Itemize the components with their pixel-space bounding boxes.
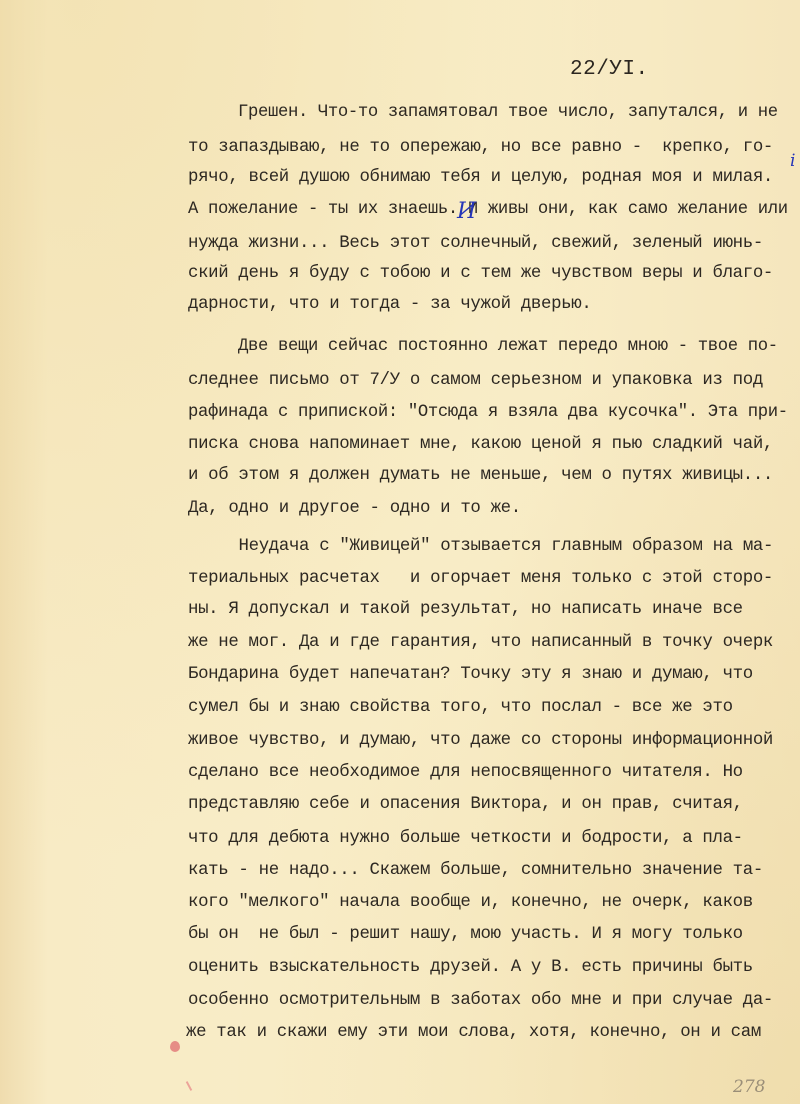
- letter-date: 22/УI.: [570, 58, 649, 81]
- typed-line: кать - не надо... Скажем больше, сомните…: [188, 861, 763, 880]
- typed-line: кого "мелкого" начала вообще и, конечно,…: [188, 893, 753, 912]
- typed-line: и об этом я должен думать не меньше, чем…: [188, 466, 773, 485]
- archive-page-number: 278: [733, 1077, 765, 1097]
- typed-line: А пожелание - ты их знаешь. И живы они, …: [188, 200, 788, 219]
- typed-line: что для дебюта нужно больше четкости и б…: [188, 829, 743, 848]
- typed-line: рафинада с припиской: "Отсюда я взяла дв…: [188, 403, 788, 422]
- typed-line: же так и скажи ему эти мои слова, хотя, …: [186, 1023, 761, 1042]
- pencil-mark-tick: [186, 1081, 192, 1091]
- typed-line: представляю себе и опасения Виктора, и о…: [188, 795, 743, 814]
- typed-line: сделано все необходимое для непосвященно…: [188, 763, 743, 782]
- typed-line: бы он не был - решит нашу, мою участь. И…: [188, 925, 743, 944]
- margin-correction-mark: i: [790, 151, 795, 171]
- typed-line: следнее письмо от 7/У о самом серьезном …: [188, 371, 763, 390]
- typed-line: Две вещи сейчас постоянно лежат передо м…: [178, 337, 778, 356]
- typed-line: териальных расчетах и огорчает меня толь…: [188, 569, 773, 588]
- typed-line: особенно осмотрительным в заботах обо мн…: [188, 991, 773, 1010]
- typed-line: дарности, что и тогда - за чужой дверью.: [188, 295, 591, 314]
- typed-line: сумел бы и знаю свойства того, что посла…: [188, 698, 733, 717]
- typed-line: Грешен. Что-то запамятовал твое число, з…: [178, 103, 778, 122]
- typed-line: писка снова напоминает мне, какою ценой …: [188, 435, 773, 454]
- typed-line: рячо, всей душою обнимаю тебя и целую, р…: [188, 168, 773, 187]
- document-page: 22/УI. Грешен. Что-то запамятовал твое ч…: [0, 0, 800, 1104]
- typed-line: же не мог. Да и где гарантия, что написа…: [188, 633, 773, 652]
- typed-line: Да, одно и другое - одно и то же.: [188, 499, 521, 518]
- typed-line: нужда жизни... Весь этот солнечный, свеж…: [188, 234, 763, 253]
- typed-line: живое чувство, и думаю, что даже со стор…: [188, 731, 773, 750]
- pencil-mark-dot: [170, 1041, 180, 1052]
- handwritten-correction: И: [457, 199, 476, 224]
- typed-line: оценить взыскательность друзей. А у В. е…: [188, 958, 753, 977]
- typed-line: Неудача с "Живицей" отзывается главным о…: [178, 537, 773, 556]
- typed-line: ский день я буду с тобою и с тем же чувс…: [188, 264, 773, 283]
- typed-line: то запаздываю, не то опережаю, но все ра…: [188, 138, 773, 157]
- typed-line: ны. Я допускал и такой результат, но нап…: [188, 600, 743, 619]
- typed-line: Бондарина будет напечатан? Точку эту я з…: [188, 665, 753, 684]
